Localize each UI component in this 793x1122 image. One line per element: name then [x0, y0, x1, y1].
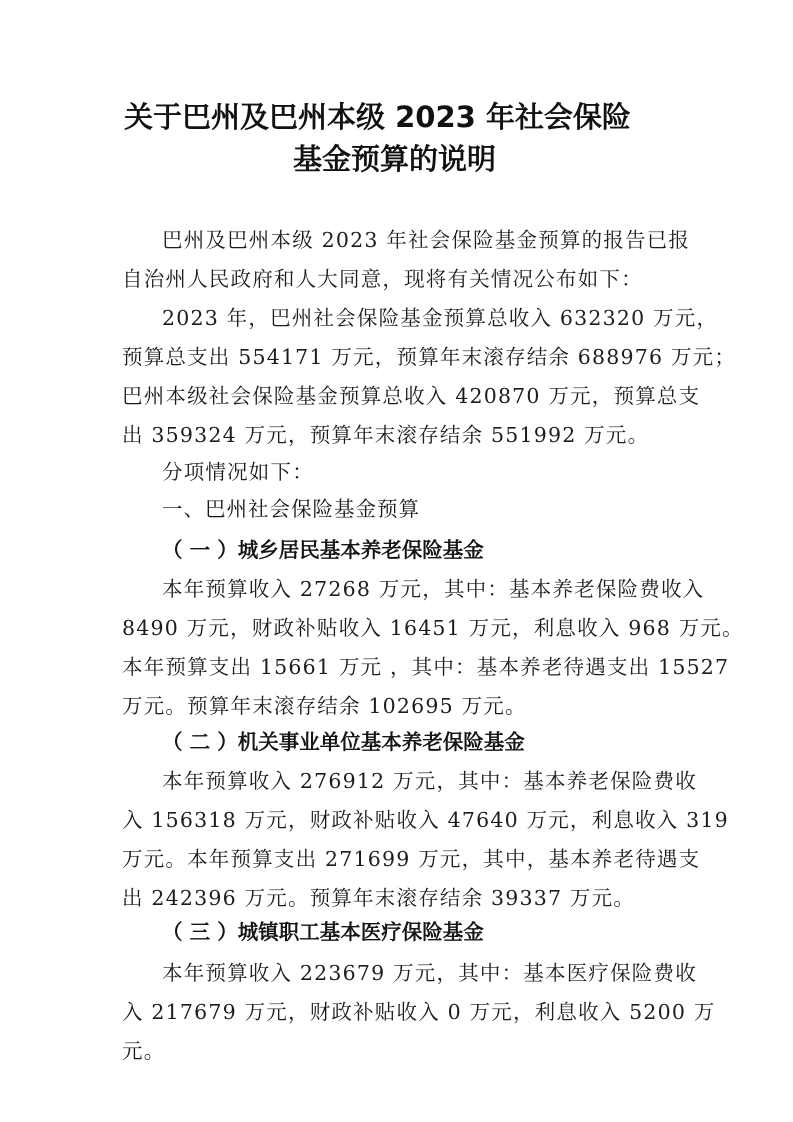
summary-line-3: 巴州本级社会保险基金预算总收入 420870 万元，预算总支 [122, 386, 700, 407]
subsection-1-line-3: 本年预算支出 15661 万元 ，其中：基本养老待遇支出 15527 [122, 657, 729, 678]
breakdown-intro: 分项情况如下： [162, 462, 314, 483]
subsection-1-line-2: 8490 万元，财政补贴收入 16451 万元，利息收入 968 万元。 [122, 618, 744, 639]
intro-line-2: 自治州人民政府和人大同意，现将有关情况公布如下： [122, 269, 643, 290]
subsection-3-line-1: 本年预算收入 223679 万元，其中：基本医疗保险费收 [162, 963, 697, 984]
section-1-heading: 一、巴州社会保险基金预算 [162, 499, 420, 520]
subsection-3-heading: （ 三 ）城镇职工基本医疗保险基金 [162, 922, 484, 943]
subsection-3-line-3: 元。 [122, 1041, 165, 1062]
subsection-2-line-4: 出 242396 万元。预算年末滚存结余 39337 万元。 [122, 888, 635, 909]
document-title-line-2: 基金预算的说明 [293, 145, 496, 174]
document-page: 关于巴州及巴州本级 2023 年社会保险 基金预算的说明 巴州及巴州本级 202… [0, 0, 793, 1122]
subsection-2-line-1: 本年预算收入 276912 万元，其中：基本养老保险费收 [162, 771, 697, 792]
subsection-1-heading: （ 一 ）城乡居民基本养老保险基金 [162, 540, 484, 561]
intro-line-1: 巴州及巴州本级 2023 年社会保险基金预算的报告已报 [162, 230, 690, 251]
subsection-1-line-4: 万元。预算年末滚存结余 102695 万元。 [122, 696, 527, 717]
subsection-2-heading: （ 二 ）机关事业单位基本养老保险基金 [162, 732, 525, 753]
subsection-1-line-1: 本年预算收入 27268 万元，其中：基本养老保险费收入 [162, 579, 704, 600]
summary-line-4: 出 359324 万元，预算年末滚存结余 551992 万元。 [122, 425, 649, 446]
subsection-2-line-2: 入 156318 万元，财政补贴收入 47640 万元，利息收入 319 [122, 810, 729, 831]
document-title-line-1: 关于巴州及巴州本级 2023 年社会保险 [124, 103, 631, 132]
summary-line-2: 预算总支出 554171 万元，预算年末滚存结余 688976 万元； [122, 347, 736, 368]
summary-line-1: 2023 年，巴州社会保险基金预算总收入 632320 万元， [162, 308, 718, 329]
subsection-2-line-3: 万元。本年预算支出 271699 万元，其中，基本养老待遇支 [122, 849, 700, 870]
subsection-3-line-2: 入 217679 万元，财政补贴收入 0 万元，利息收入 5200 万 [122, 1002, 716, 1023]
